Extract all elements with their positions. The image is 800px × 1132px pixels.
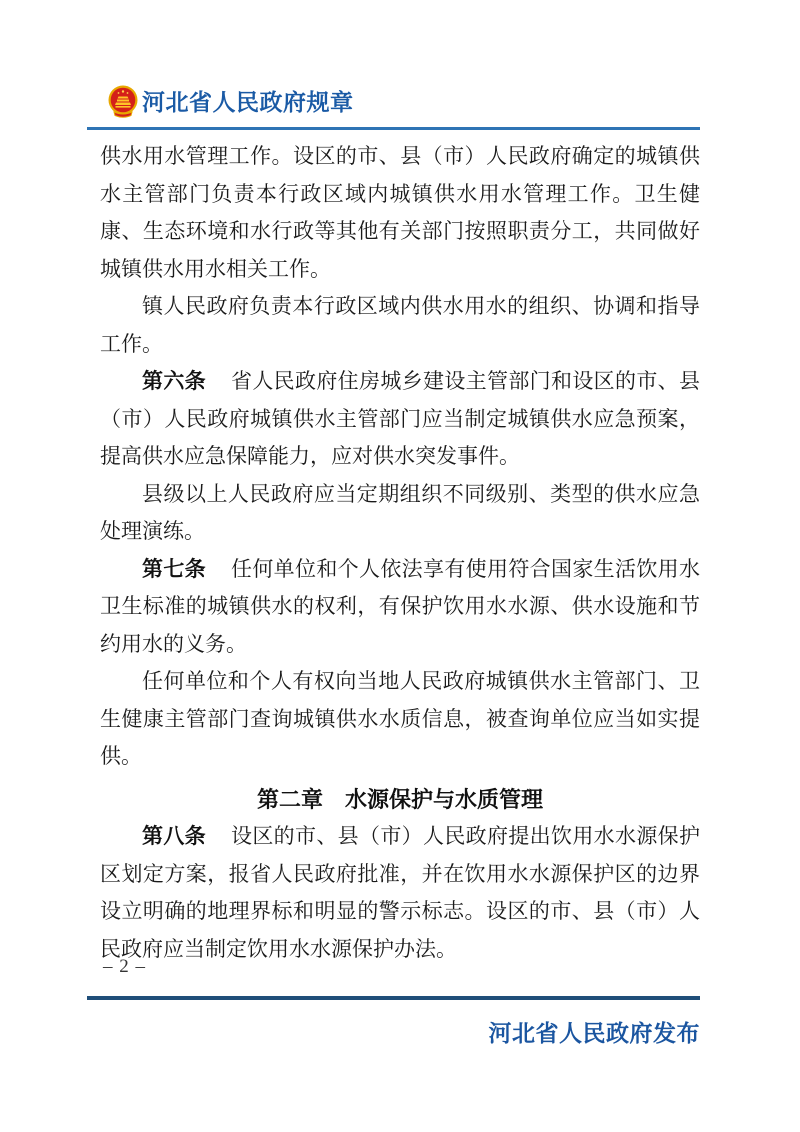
article-paragraph: 第七条任何单位和个人依法享有使用符合国家生活饮用水卫生标准的城镇供水的权利，有保… [100,551,700,664]
china-national-emblem-icon [107,85,139,119]
article-number: 第六条 [142,370,206,393]
footer-divider [87,996,700,1000]
body-paragraph: 供水用水管理工作。设区的市、县（市）人民政府确定的城镇供水主管部门负责本行政区域… [100,138,700,288]
article-number: 第七条 [142,558,206,581]
header-divider [87,127,700,130]
document-page: 河北省人民政府规章 供水用水管理工作。设区的市、县（市）人民政府确定的城镇供水主… [0,0,800,1132]
body-paragraph: 任何单位和个人有权向当地人民政府城镇供水主管部门、卫生健康主管部门查询城镇供水水… [100,663,700,776]
article-paragraph: 第六条省人民政府住房城乡建设主管部门和设区的市、县（市）人民政府城镇供水主管部门… [100,363,700,476]
document-body: 供水用水管理工作。设区的市、县（市）人民政府确定的城镇供水主管部门负责本行政区域… [100,138,700,968]
article-paragraph: 第八条设区的市、县（市）人民政府提出饮用水水源保护区划定方案，报省人民政府批准，… [100,818,700,968]
page-title: 河北省人民政府规章 [142,87,354,117]
page-number: – 2 – [103,956,146,978]
body-paragraph: 县级以上人民政府应当定期组织不同级别、类型的供水应急处理演练。 [100,476,700,551]
body-paragraph: 镇人民政府负责本行政区域内供水用水的组织、协调和指导工作。 [100,288,700,363]
chapter-heading: 第二章 水源保护与水质管理 [100,781,700,819]
article-number: 第八条 [142,825,206,848]
publisher-label: 河北省人民政府发布 [100,1015,700,1048]
